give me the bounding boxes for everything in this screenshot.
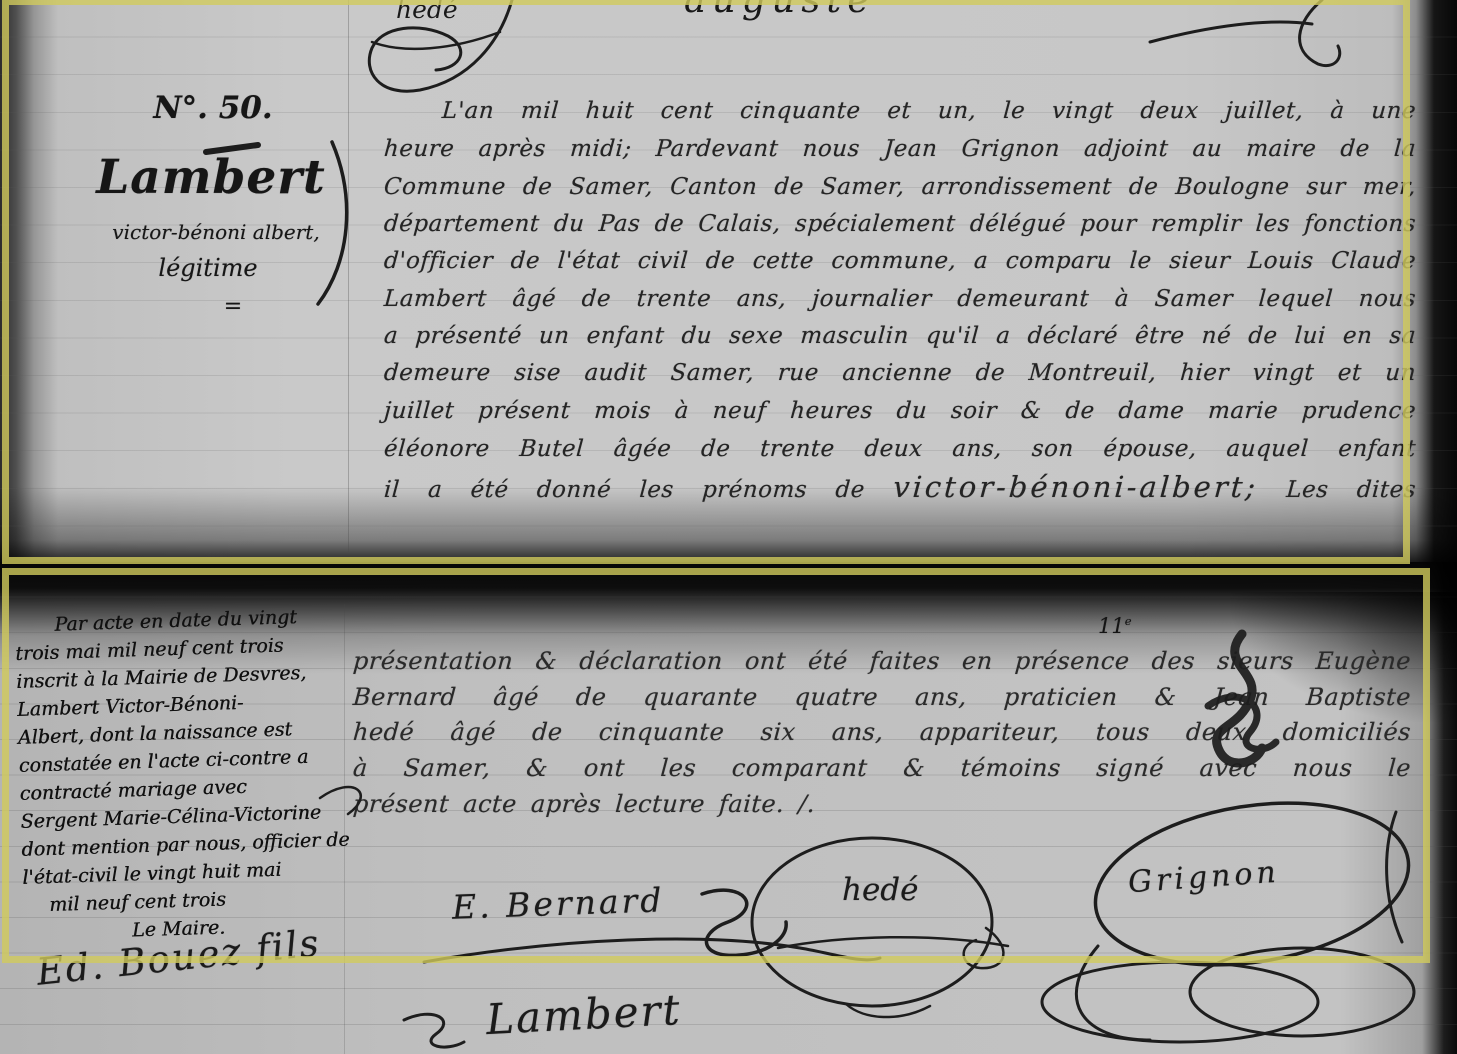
signature-lambert: Lambert (485, 985, 683, 1044)
scanned-register-page: { "top_edge": { "signature_fragment": "h… (0, 0, 1457, 1054)
highlight-box-entry1 (2, 0, 1410, 564)
highlight-box-entry2 (2, 568, 1430, 963)
